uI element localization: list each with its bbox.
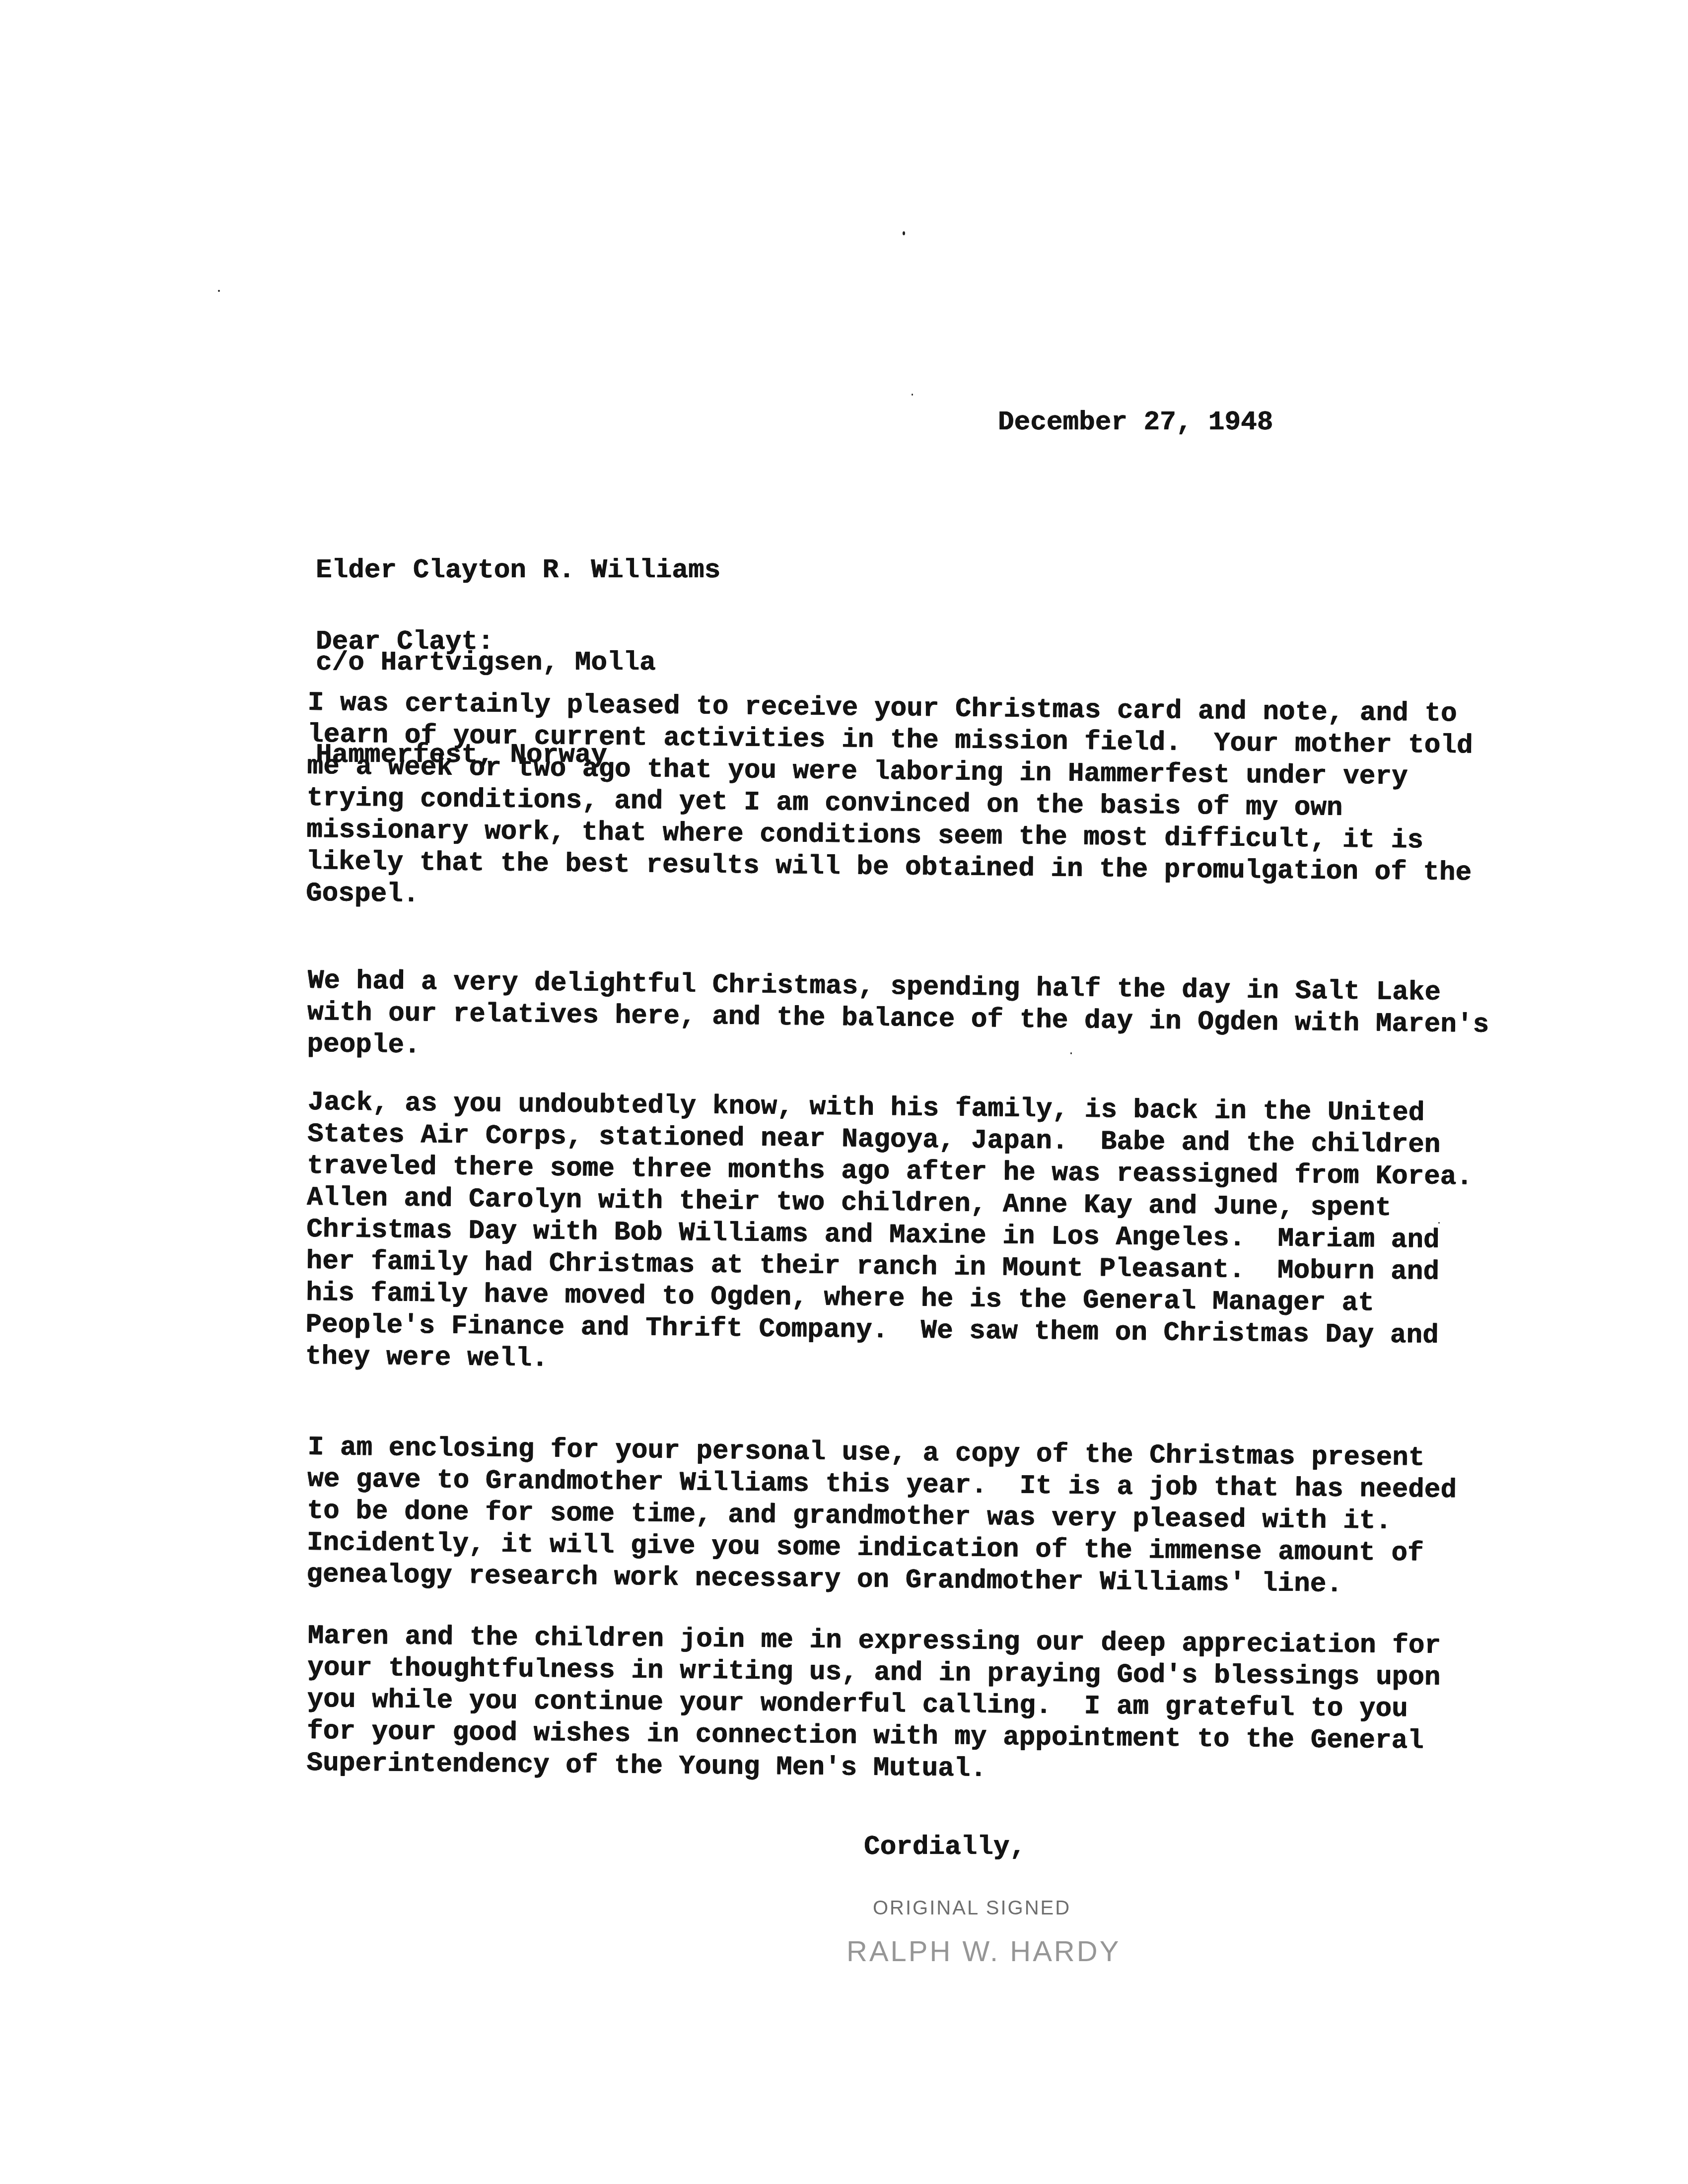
address-line: Elder Clayton R. Williams bbox=[316, 555, 720, 586]
letter-page: December 27, 1948 Elder Clayton R. Willi… bbox=[0, 0, 1688, 2184]
scan-speck bbox=[218, 290, 220, 292]
body-paragraph: Jack, as you undoubtedly know, with his … bbox=[305, 1087, 1473, 1384]
body-paragraph: I am enclosing for your personal use, a … bbox=[306, 1432, 1457, 1602]
salutation: Dear Clayt: bbox=[316, 626, 494, 658]
signature-stamp-label: ORIGINAL SIGNED bbox=[873, 1897, 1071, 1919]
letter-date: December 27, 1948 bbox=[998, 407, 1273, 439]
body-paragraph: Maren and the children join me in expres… bbox=[306, 1621, 1441, 1789]
body-paragraph: We had a very delightful Christmas, spen… bbox=[307, 965, 1489, 1073]
signature-stamp-name: RALPH W. HARDY bbox=[846, 1935, 1121, 1968]
scan-speck bbox=[912, 394, 913, 396]
closing: Cordially, bbox=[864, 1832, 1026, 1863]
scan-speck bbox=[903, 231, 905, 235]
body-paragraph: I was certainly pleased to receive your … bbox=[306, 687, 1474, 921]
